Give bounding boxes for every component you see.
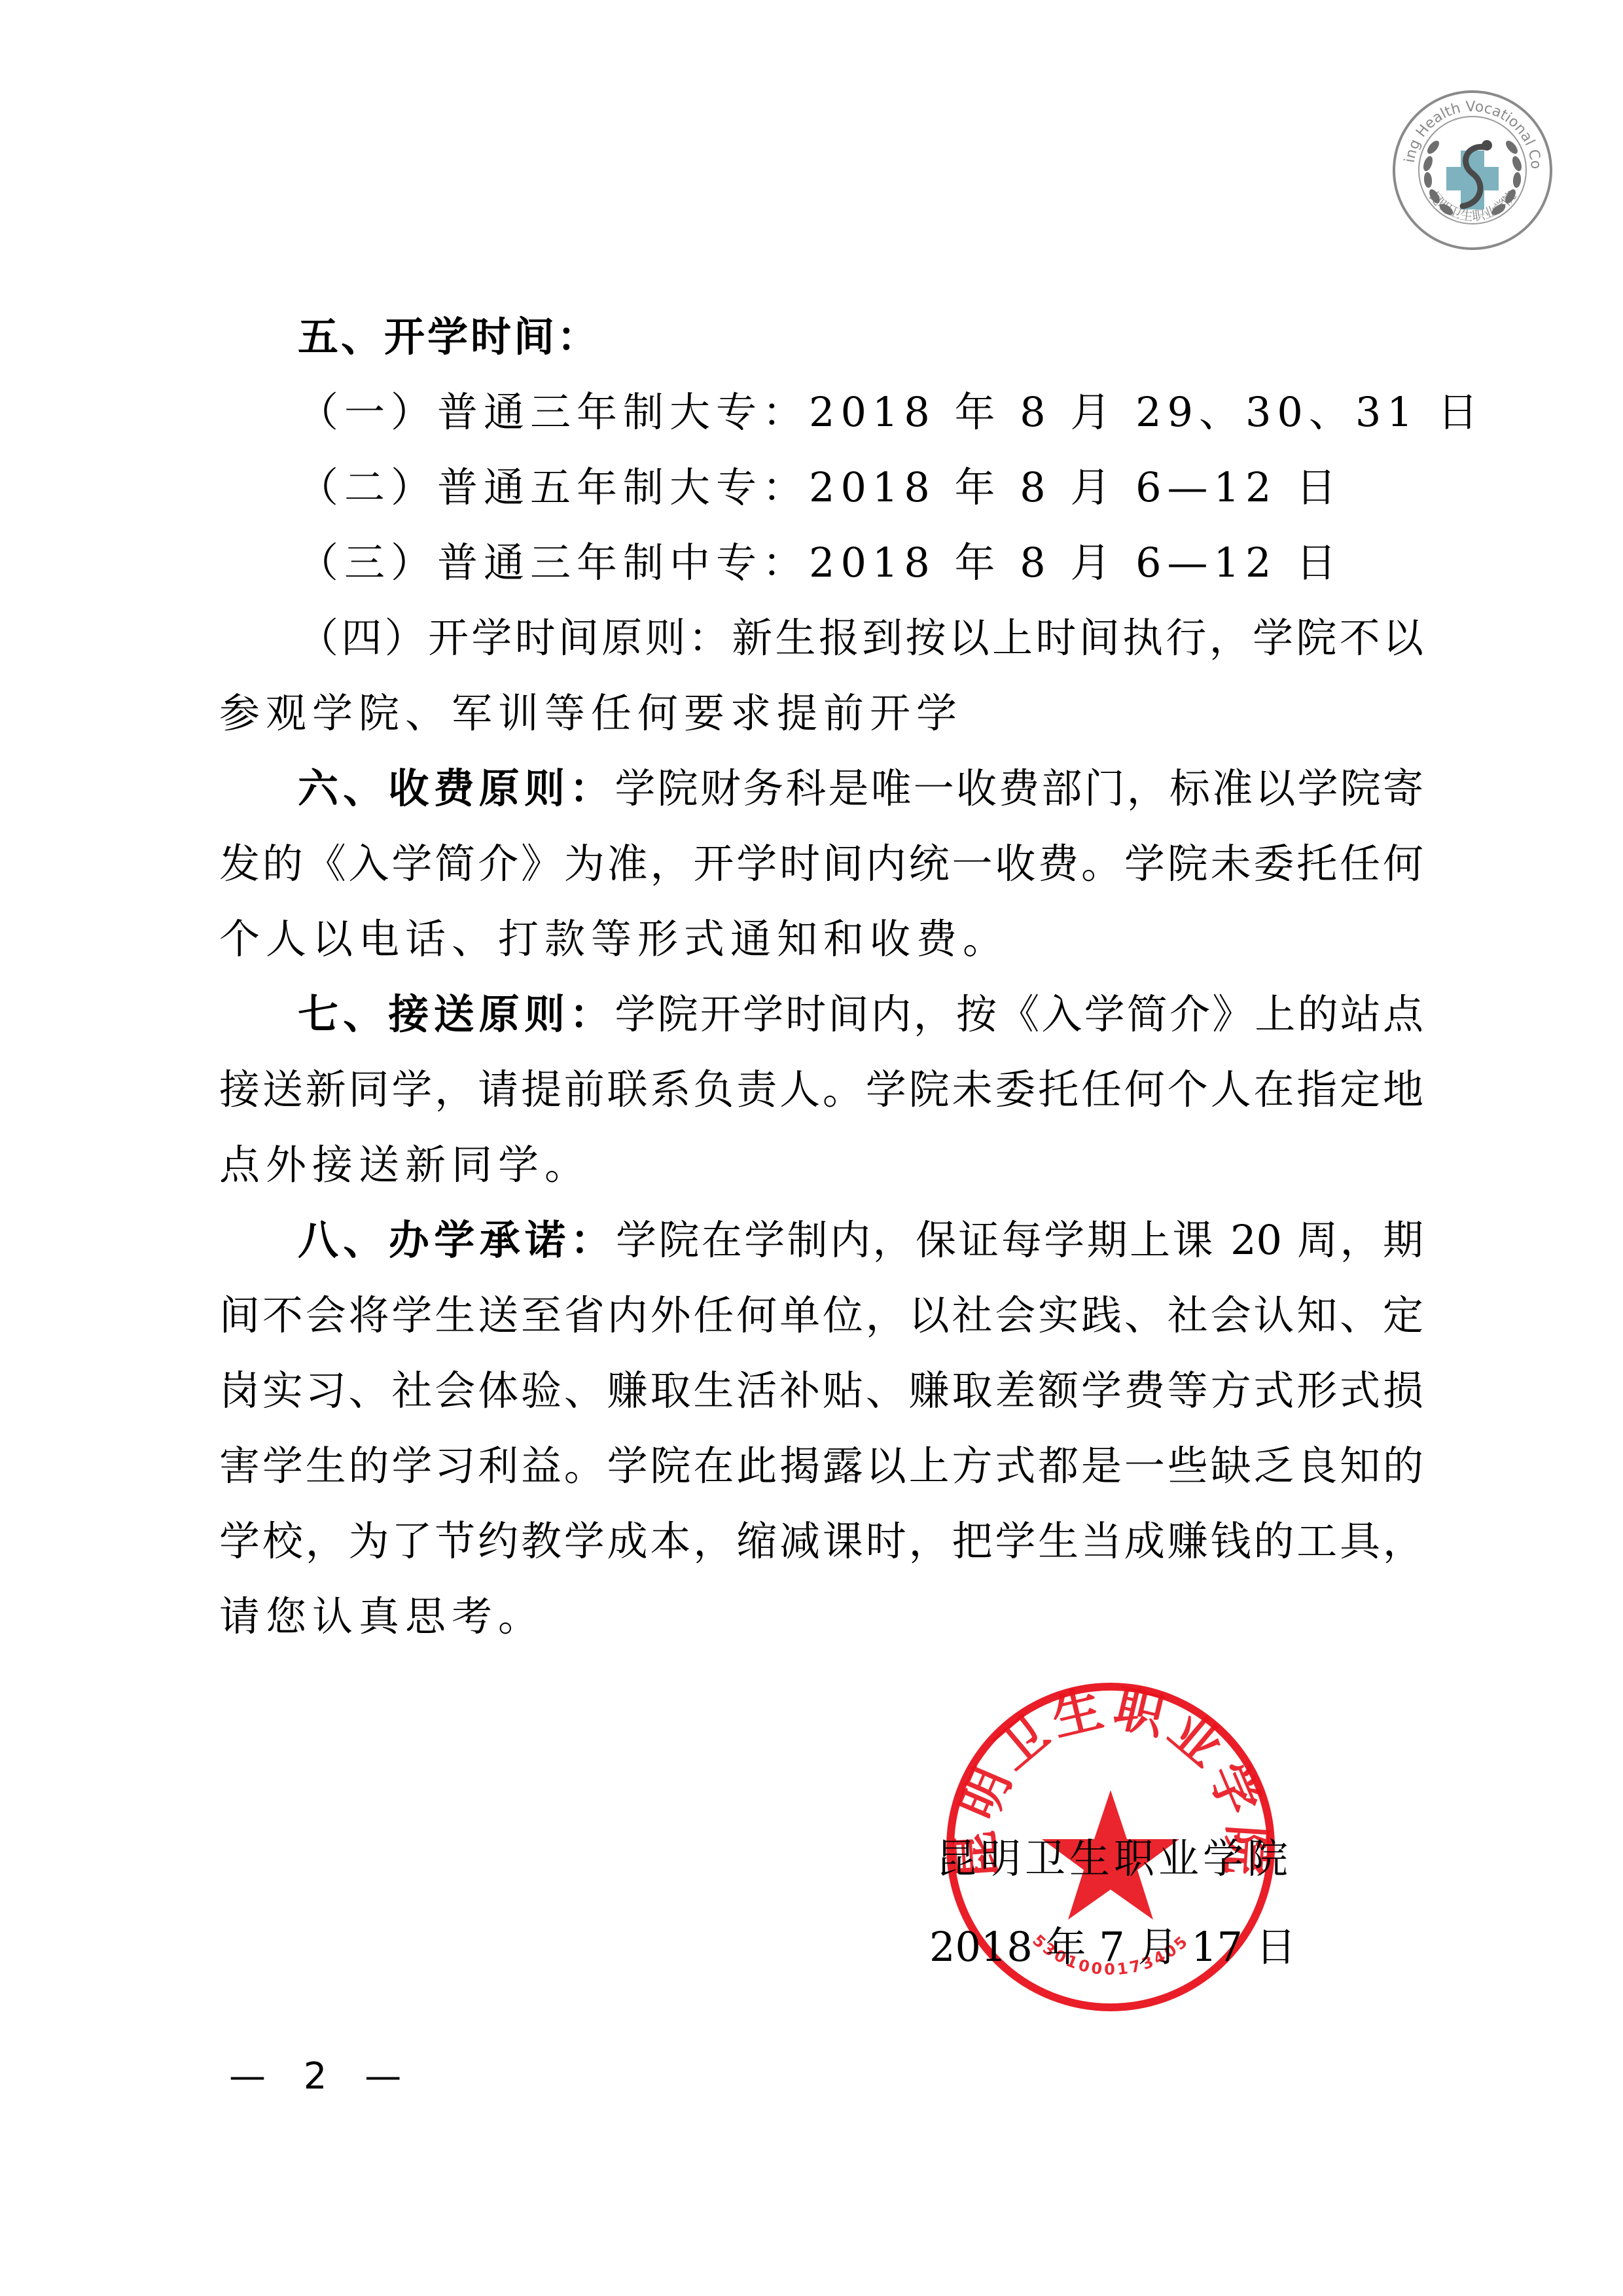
college-emblem-icon: Kunming Health Vocational College 昆明卫生职业… (1387, 85, 1558, 255)
section-5-item-4-line-1: （四）开学时间原则：新生报到按以上时间执行，学院不以 (298, 612, 1423, 664)
section-6-line-2: 发的《入学简介》为准，开学时间内统一收费。学院未委托任何 (219, 838, 1423, 890)
signature-date: 2018 年 7 月 17 日 (929, 1921, 1296, 1973)
section-7-heading: 七、接送原则： (298, 990, 615, 1038)
section-8-line-6: 请您认真思考。 (219, 1590, 544, 1643)
section-6-line-1: 六、收费原则：学院财务科是唯一收费部门，标准以学院寄 (298, 762, 1423, 815)
college-logo: Kunming Health Vocational College 昆明卫生职业… (1387, 85, 1558, 255)
section-8-line-4: 害学生的学习利益。学院在此揭露以上方式都是一些缺乏良知的 (219, 1440, 1423, 1492)
section-8-line-2: 间不会将学生送至省内外任何单位，以社会实践、社会认知、定 (219, 1289, 1423, 1342)
section-5-item-4-label: （四）开学时间原则： (298, 614, 732, 662)
section-8-line-3: 岗实习、社会体验、赚取生活补贴、赚取差额学费等方式形式损 (219, 1365, 1423, 1417)
section-7-line-3: 点外接送新同学。 (219, 1139, 591, 1191)
page-number: — 2 — (229, 2055, 414, 2098)
section-7-line-2: 接送新同学，请提前联系负责人。学院未委托任何个人在指定地 (219, 1064, 1423, 1116)
section-8-text: 学院在学制内，保证每学期上课 20 周，期 (616, 1216, 1423, 1264)
section-5-heading: 五、开学时间： (298, 311, 600, 363)
section-8-line-1: 八、办学承诺：学院在学制内，保证每学期上课 20 周，期 (298, 1214, 1423, 1266)
section-6-line-3: 个人以电话、打款等形式通知和收费。 (219, 913, 1009, 965)
section-8-line-5: 学校，为了节约教学成本，缩减课时，把学生当成赚钱的工具， (219, 1515, 1423, 1568)
section-5-item-3: （三）普通三年制中专：2018 年 8 月 6—12 日 (298, 537, 1342, 589)
section-6-heading: 六、收费原则： (298, 764, 615, 812)
section-7-line-1: 七、接送原则：学院开学时间内，按《入学简介》上的站点 (298, 988, 1423, 1041)
section-8-heading: 八、办学承诺： (298, 1216, 616, 1264)
section-5-item-2: （二）普通五年制大专：2018 年 8 月 6—12 日 (298, 461, 1342, 514)
section-5-item-4-line-2: 参观学院、军训等任何要求提前开学 (219, 687, 963, 740)
section-5-item-4-text: 新生报到按以上时间执行，学院不以 (732, 614, 1423, 662)
section-7-text: 学院开学时间内，按《入学简介》上的站点 (615, 990, 1423, 1038)
section-5-item-1: （一）普通三年制大专：2018 年 8 月 29、30、31 日 (298, 386, 1484, 439)
signature-organization: 昆明卫生职业学院 (936, 1833, 1292, 1885)
section-6-text: 学院财务科是唯一收费部门，标准以学院寄 (615, 764, 1423, 812)
